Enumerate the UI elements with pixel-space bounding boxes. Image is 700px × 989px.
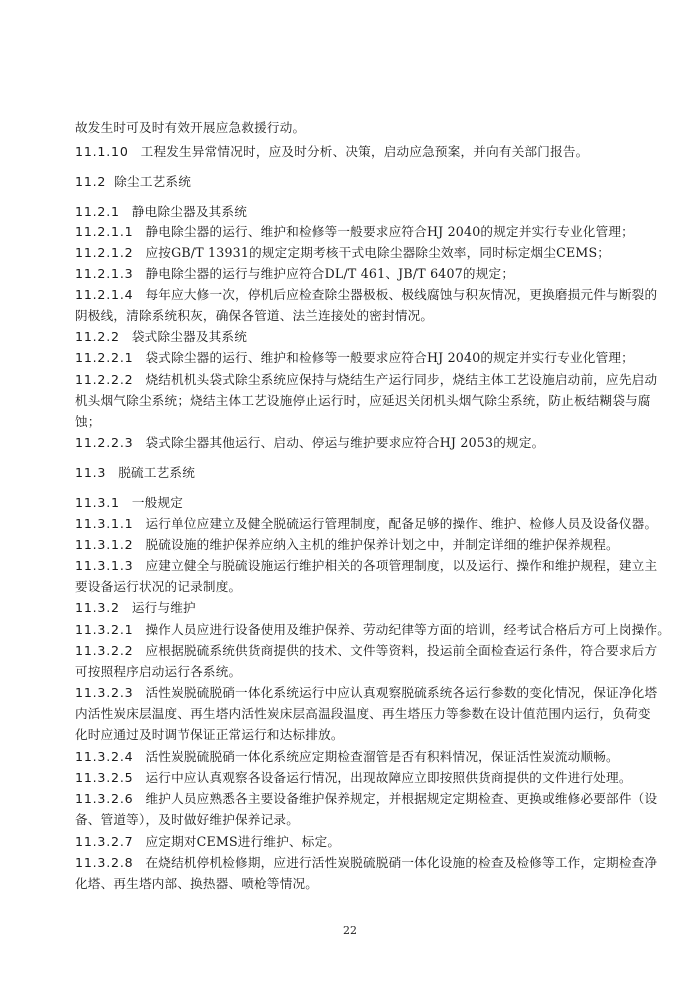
clause-text: 静电除尘器的运行与维护应符合DL/T 461、JB/T 6407的规定；: [145, 266, 514, 281]
clause-item: 11.3.1.1运行单位应建立及健全脱硫运行管理制度，配备足够的操作、维护、检修…: [75, 514, 631, 534]
clause-text: 内活性炭床层温度、再生塔内活性炭床层高温段温度、再生塔压力等参数在设计值范围内运…: [75, 706, 651, 721]
clause-text: 活性炭脱硫脱硝一体化系统应定期检查溜管是否有积料情况，保证活性炭流动顺畅。: [145, 749, 618, 764]
clause-number: 11.3.2.3: [75, 685, 133, 700]
clause-number: 11.1.10: [75, 144, 129, 159]
clause-item: 11.3.2.4活性炭脱硫脱硝一体化系统应定期检查溜管是否有积料情况，保证活性炭…: [75, 747, 631, 767]
clause-number: 11.2.1.4: [75, 287, 133, 302]
clause-item: 11.3.2.1操作人员应进行设备使用及维护保养、劳动纪律等方面的培训，经考试合…: [75, 620, 631, 640]
clause-text: 袋式除尘器的运行、维护和检修等一般要求应符合HJ 2040的规定并实行专业化管理…: [145, 350, 633, 365]
page-number: 22: [0, 924, 700, 937]
clause-text: 阴极线，清除系统积灰，确保各管道、法兰连接处的密封情况。: [75, 308, 433, 323]
document-page: 故发生时可及时有效开展应急救援行动。11.1.10工程发生异常情况时，应及时分析…: [0, 0, 700, 989]
clause-text: 维护人员应熟悉各主要设备维护保养规定，并根据规定定期检查、更换或维修必要部件（设: [145, 791, 657, 806]
clause-item: 11.3.2.6维护人员应熟悉各主要设备维护保养规定，并根据规定定期检查、更换或…: [75, 789, 631, 809]
clause-text: 应按GB/T 13931的规定定期考核干式电除尘器除尘效率，同时标定烟尘CEMS…: [145, 245, 610, 260]
continuation-line: 机头烟气除尘系统；烧结主体工艺设施停止运行时，应延迟关闭机头烟气除尘系统，防止板…: [75, 391, 631, 411]
clause-item: 11.3.1.2脱硫设施的维护保养应纳入主机的维护保养计划之中，并制定详细的维护…: [75, 535, 631, 555]
continuation-line: 故发生时可及时有效开展应急救援行动。: [75, 118, 631, 138]
clause-number: 11.2.2.1: [75, 350, 133, 365]
clause-text: 操作人员应进行设备使用及维护保养、劳动纪律等方面的培训，经考试合格后方可上岗操作…: [145, 622, 670, 637]
clause-item: 11.1.10工程发生异常情况时，应及时分析、决策，启动应急预案，并向有关部门报…: [75, 142, 631, 162]
clause-number: 11.3.2: [75, 600, 120, 615]
clause-number: 11.3.1.2: [75, 537, 133, 552]
continuation-line: 阴极线，清除系统积灰，确保各管道、法兰连接处的密封情况。: [75, 306, 631, 326]
clause-number: 11.3.2.1: [75, 622, 133, 637]
clause-item: 11.3.2.5运行中应认真观察各设备运行情况，出现故障应立即按照供货商提供的文…: [75, 768, 631, 788]
clause-text: 运行单位应建立及健全脱硫运行管理制度，配备足够的操作、维护、检修人员及设备仪器。: [145, 516, 657, 531]
continuation-line: 内活性炭床层温度、再生塔内活性炭床层高温段温度、再生塔压力等参数在设计值范围内运…: [75, 704, 631, 724]
clause-text: 静电除尘器的运行、维护和检修等一般要求应符合HJ 2040的规定并实行专业化管理…: [145, 224, 633, 239]
clause-number: 11.3.2.8: [75, 855, 133, 870]
clause-number: 11.3.2.5: [75, 770, 133, 785]
subsection-heading: 11.3.2运行与维护: [75, 598, 631, 618]
heading-text: 一般规定: [132, 495, 183, 510]
clause-text: 可按照程序启动运行各系统。: [75, 664, 241, 679]
clause-number: 11.3.1.1: [75, 516, 133, 531]
clause-number: 11.2.1.2: [75, 245, 133, 260]
subsection-heading: 11.3.1一般规定: [75, 493, 631, 513]
clause-item: 11.2.2.1袋式除尘器的运行、维护和检修等一般要求应符合HJ 2040的规定…: [75, 348, 631, 368]
clause-number: 11.2.1.1: [75, 224, 133, 239]
clause-text: 要设备运行状况的记录制度。: [75, 579, 241, 594]
clause-number: 11.3: [75, 465, 106, 480]
clause-text: 应定期对CEMS进行维护、标定。: [145, 834, 340, 849]
heading-text: 运行与维护: [132, 600, 196, 615]
clause-text: 化塔、再生塔内部、换热器、喷枪等情况。: [75, 876, 318, 891]
clause-text: 脱硫设施的维护保养应纳入主机的维护保养计划之中，并制定详细的维护保养规程。: [145, 537, 618, 552]
continuation-line: 化时应通过及时调节保证正常运行和达标排放。: [75, 725, 631, 745]
continuation-line: 备、管道等），及时做好维护保养记录。: [75, 810, 631, 830]
clause-number: 11.3.1.3: [75, 558, 133, 573]
heading-text: 静电除尘器及其系统: [132, 204, 247, 219]
clause-text: 蚀；: [75, 414, 101, 429]
continuation-line: 蚀；: [75, 412, 631, 432]
clause-number: 11.3.2.4: [75, 749, 133, 764]
clause-number: 11.2.2.2: [75, 372, 133, 387]
subsection-heading: 11.2.2袋式除尘器及其系统: [75, 327, 631, 347]
clause-text: 机头烟气除尘系统；烧结主体工艺设施停止运行时，应延迟关闭机头烟气除尘系统，防止板…: [75, 393, 651, 408]
clause-item: 11.2.1.4每年应大修一次，停机后应检查除尘器极板、极线腐蚀与积灰情况，更换…: [75, 285, 631, 305]
clause-number: 11.2.2: [75, 329, 120, 344]
clause-item: 11.2.1.1静电除尘器的运行、维护和检修等一般要求应符合HJ 2040的规定…: [75, 222, 631, 242]
subsection-heading: 11.2.1静电除尘器及其系统: [75, 202, 631, 222]
continuation-line: 化塔、再生塔内部、换热器、喷枪等情况。: [75, 874, 631, 894]
heading-text: 袋式除尘器及其系统: [132, 329, 247, 344]
clause-text: 活性炭脱硫脱硝一体化系统运行中应认真观察脱硫系统各运行参数的变化情况，保证净化塔: [145, 685, 657, 700]
clause-item: 11.3.2.3活性炭脱硫脱硝一体化系统运行中应认真观察脱硫系统各运行参数的变化…: [75, 683, 631, 703]
heading-text: 除尘工艺系统: [114, 174, 191, 189]
clause-item: 11.3.2.2应根据脱硫系统供货商提供的技术、文件等资料，投运前全面检查运行条…: [75, 641, 631, 661]
clause-number: 11.3.1: [75, 495, 120, 510]
clause-number: 11.3.2.2: [75, 643, 133, 658]
clause-text: 故发生时可及时有效开展应急救援行动。: [75, 120, 305, 135]
clause-text: 应根据脱硫系统供货商提供的技术、文件等资料，投运前全面检查运行条件，符合要求后方: [145, 643, 657, 658]
clause-item: 11.3.1.3应建立健全与脱硫设施运行维护相关的各项管理制度，以及运行、操作和…: [75, 556, 631, 576]
clause-item: 11.2.2.3袋式除尘器其他运行、启动、停运与维护要求应符合HJ 2053的规…: [75, 433, 631, 453]
clause-text: 化时应通过及时调节保证正常运行和达标排放。: [75, 727, 344, 742]
clause-text: 在烧结机停机检修期，应进行活性炭脱硫脱硝一体化设施的检查及检修等工作，定期检查净: [145, 855, 657, 870]
clause-item: 11.3.2.8在烧结机停机检修期，应进行活性炭脱硫脱硝一体化设施的检查及检修等…: [75, 853, 631, 873]
clause-item: 11.2.1.2应按GB/T 13931的规定定期考核干式电除尘器除尘效率，同时…: [75, 243, 631, 263]
section-heading: 11.2除尘工艺系统: [75, 172, 631, 192]
clause-text: 每年应大修一次，停机后应检查除尘器极板、极线腐蚀与积灰情况，更换磨损元件与断裂的: [145, 287, 657, 302]
clause-text: 应建立健全与脱硫设施运行维护相关的各项管理制度，以及运行、操作和维护规程，建立主: [145, 558, 657, 573]
clause-text: 烧结机机头袋式除尘系统应保持与烧结生产运行同步，烧结主体工艺设施启动前，应先启动: [145, 372, 657, 387]
continuation-line: 可按照程序启动运行各系统。: [75, 662, 631, 682]
clause-number: 11.3.2.7: [75, 834, 133, 849]
clause-text: 袋式除尘器其他运行、启动、停运与维护要求应符合HJ 2053的规定。: [145, 435, 544, 450]
clause-text: 备、管道等），及时做好维护保养记录。: [75, 812, 299, 827]
clause-item: 11.2.2.2烧结机机头袋式除尘系统应保持与烧结生产运行同步，烧结主体工艺设施…: [75, 370, 631, 390]
clause-text: 工程发生异常情况时，应及时分析、决策，启动应急预案，并向有关部门报告。: [141, 144, 589, 159]
clause-number: 11.2.1.3: [75, 266, 133, 281]
heading-text: 脱硫工艺系统: [118, 465, 195, 480]
clause-number: 11.2.2.3: [75, 435, 133, 450]
continuation-line: 要设备运行状况的记录制度。: [75, 577, 631, 597]
clause-text: 运行中应认真观察各设备运行情况，出现故障应立即按照供货商提供的文件进行处理。: [145, 770, 631, 785]
clause-number: 11.3.2.6: [75, 791, 133, 806]
clause-number: 11.2.1: [75, 204, 120, 219]
clause-item: 11.3.2.7应定期对CEMS进行维护、标定。: [75, 832, 631, 852]
clause-item: 11.2.1.3静电除尘器的运行与维护应符合DL/T 461、JB/T 6407…: [75, 264, 631, 284]
section-heading: 11.3脱硫工艺系统: [75, 463, 631, 483]
clause-number: 11.2: [75, 174, 106, 189]
